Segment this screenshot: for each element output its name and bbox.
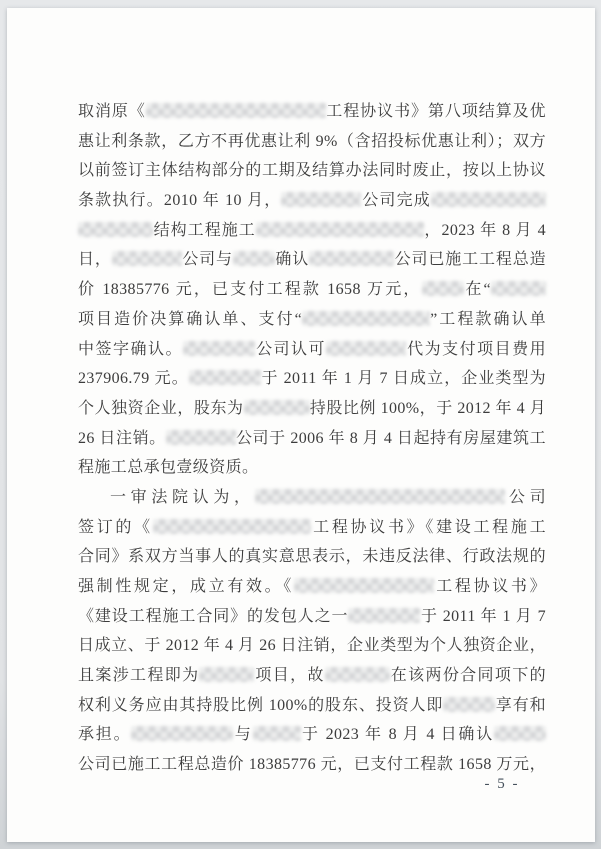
redaction-block [146, 103, 326, 118]
text-segment: 公司完成 [361, 192, 431, 209]
redaction-block [244, 400, 310, 415]
text-segment: 公司认可 [255, 341, 326, 358]
text-segment: 公司与 [182, 251, 233, 268]
redaction-block [131, 726, 233, 741]
text-line: 26 日注销。公司于 2006 年 8 月 4 日起持有房屋建筑工 [78, 424, 546, 454]
text-segment: 公司 [505, 489, 546, 506]
text-segment: 于 2023 年 8 月 4 日确认 [301, 726, 494, 743]
text-segment: 结构工程施工 [153, 222, 256, 239]
redaction-block [281, 192, 361, 207]
text-segment: 代为支付项目费用 [406, 341, 546, 358]
text-segment: 以前签订主体结构部分的工期及结算办法同时废止，按以上协议 [78, 162, 546, 179]
text-line: 项目造价决算确认单、支付“”工程款确认单 [78, 305, 546, 335]
text-segment: 在“ [464, 281, 491, 298]
text-segment: 取消原《 [78, 103, 146, 120]
redaction-block [309, 251, 394, 266]
text-segment: 日成立、于 2012 年 4 月 26 日注销，企业类型为个人独资企业， [78, 637, 546, 654]
redaction-block [494, 726, 546, 741]
redaction-block [422, 281, 464, 296]
redaction-block [491, 281, 546, 296]
text-line: 价 18385776 元，已支付工程款 1658 万元，在“ [78, 275, 546, 305]
redaction-block [302, 311, 430, 326]
text-segment: 一审法院认为， [110, 489, 255, 506]
redaction-block [78, 222, 153, 237]
text-line: 惠让利条款，乙方不再优惠让利 9%（含招投标优惠让利）；双方 [78, 127, 546, 157]
text-segment: 合同》系双方当事人的真实意思表示，未违反法律、行政法规的 [78, 548, 546, 565]
document-page: 取消原《工程协议书》第八项结算及优惠让利条款，乙方不再优惠让利 9%（含招投标优… [7, 8, 595, 842]
text-segment: 权利义务应由其持股比例 100%的股东、投资人即 [78, 697, 443, 714]
text-segment: 在该两份合同项下的 [390, 667, 546, 684]
text-line: 承担。与于 2023 年 8 月 4 日确认 [78, 720, 546, 750]
scan-background: 取消原《工程协议书》第八项结算及优惠让利条款，乙方不再优惠让利 9%（含招投标优… [0, 0, 601, 849]
text-segment: 公司已施工工程总造 [394, 251, 546, 268]
text-segment: 强制性规定，成立有效。《 [78, 578, 294, 595]
text-segment: 且案涉工程即为 [78, 667, 199, 684]
text-line: 个人独资企业，股东为持股比例 100%，于 2012 年 4 月 [78, 394, 546, 424]
text-line: 程施工总承包壹级资质。 [78, 453, 546, 483]
text-segment: ”工程款确认单 [430, 311, 546, 328]
text-segment: 于 2011 年 1 月 7 日成立，企业类型为 [261, 370, 546, 387]
text-segment: 日， [78, 251, 112, 268]
text-segment: 于 2011 年 1 月 7 [420, 608, 546, 625]
text-segment: 26 日注销。 [78, 430, 166, 447]
text-segment: 公司已施工工程总造价 18385776 元，已支付工程款 1658 万元， [78, 756, 546, 773]
text-line: 强制性规定，成立有效。《工程协议书》 [78, 572, 546, 602]
text-line: 日，公司与确认公司已施工工程总造 [78, 245, 546, 275]
redaction-block [431, 192, 546, 207]
redaction-block [256, 222, 424, 237]
redaction-block [253, 726, 301, 741]
text-segment: 工程协议书》 [434, 578, 546, 595]
text-segment: 项目，故 [254, 667, 324, 684]
redaction-block [325, 667, 390, 682]
text-line: 以前签订主体结构部分的工期及结算办法同时废止，按以上协议 [78, 156, 546, 186]
redaction-block [189, 370, 261, 385]
text-line: 取消原《工程协议书》第八项结算及优 [78, 97, 546, 127]
text-segment: 程施工总承包壹级资质。 [78, 459, 258, 476]
text-segment: 《建设工程施工合同》的发包人之一 [78, 608, 348, 625]
redaction-block [443, 697, 495, 712]
text-segment: 工程协议书》第八项结算及优 [326, 103, 546, 120]
text-segment: 个人独资企业，股东为 [78, 400, 244, 417]
redaction-block [183, 341, 255, 356]
text-line: 237906.79 元。于 2011 年 1 月 7 日成立，企业类型为 [78, 364, 546, 394]
text-segment: 中签字确认。 [78, 341, 183, 358]
text-segment: 惠让利条款，乙方不再优惠让利 9%（含招投标优惠让利）；双方 [78, 133, 546, 150]
text-segment: 确认 [275, 251, 309, 268]
page-number: - 5 - [467, 776, 537, 793]
text-line: 且案涉工程即为项目，故在该两份合同项下的 [78, 661, 546, 691]
text-segment: 237906.79 元。 [78, 370, 189, 387]
redaction-block [166, 430, 236, 445]
text-segment: 签订的《 [78, 519, 153, 536]
text-line: 条款执行。2010 年 10 月，公司完成 [78, 186, 546, 216]
text-segment: 与 [233, 726, 252, 743]
text-line: 日成立、于 2012 年 4 月 26 日注销，企业类型为个人独资企业， [78, 631, 546, 661]
text-segment: 项目造价决算确认单、支付“ [78, 311, 302, 328]
redaction-block [153, 519, 311, 534]
redaction-block [348, 608, 420, 623]
redaction-block [326, 341, 406, 356]
redaction-block [294, 578, 434, 593]
text-segment: 公司于 2006 年 8 月 4 日起持有房屋建筑工 [236, 430, 546, 447]
text-line: 结构工程施工，2023 年 8 月 4 [78, 216, 546, 246]
text-line: 权利义务应由其持股比例 100%的股东、投资人即享有和 [78, 691, 546, 721]
text-segment: 条款执行。2010 年 10 月， [78, 192, 281, 209]
text-segment: 承担。 [78, 726, 131, 743]
redaction-block [199, 667, 254, 682]
text-segment: 价 18385776 元，已支付工程款 1658 万元， [78, 281, 422, 298]
text-line: 《建设工程施工合同》的发包人之一于 2011 年 1 月 7 [78, 602, 546, 632]
redaction-block [255, 489, 505, 504]
text-segment: 持股比例 100%，于 2012 年 4 月 [310, 400, 546, 417]
text-line: 签订的《工程协议书》《建设工程施工 [78, 513, 546, 543]
redaction-block [233, 251, 275, 266]
text-segment: 享有和 [495, 697, 546, 714]
text-segment: 工程协议书》《建设工程施工 [311, 519, 546, 536]
text-line: 合同》系双方当事人的真实意思表示，未违反法律、行政法规的 [78, 542, 546, 572]
text-line: 中签字确认。公司认可代为支付项目费用 [78, 335, 546, 365]
document-body: 取消原《工程协议书》第八项结算及优惠让利条款，乙方不再优惠让利 9%（含招投标优… [78, 97, 546, 780]
text-line: 一审法院认为，公司 [78, 483, 546, 513]
redaction-block [112, 251, 182, 266]
text-segment: ，2023 年 8 月 4 [424, 222, 546, 239]
